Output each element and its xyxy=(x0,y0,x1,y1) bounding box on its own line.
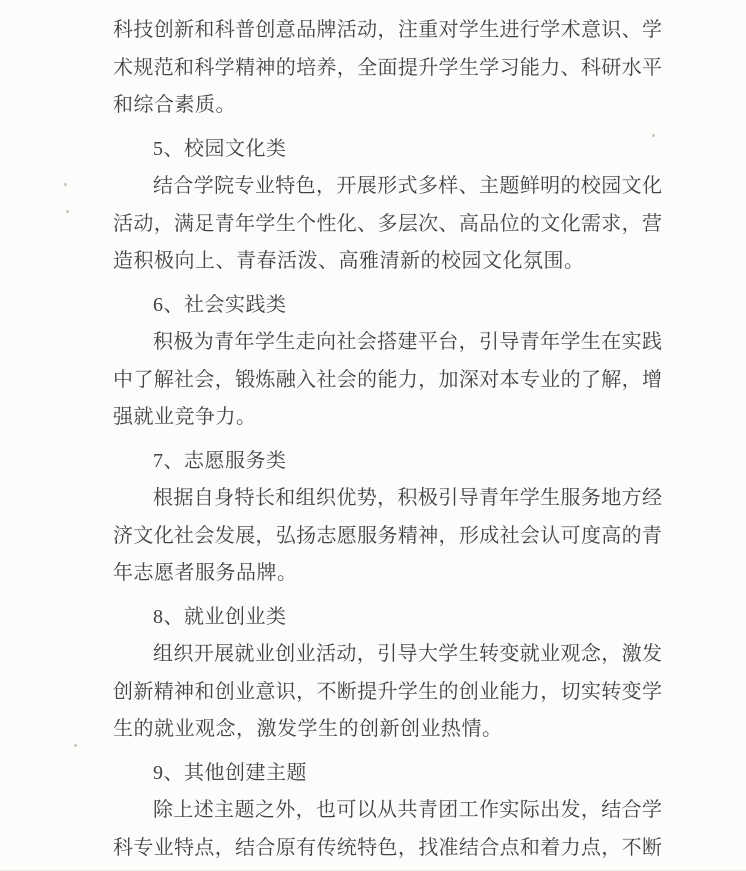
scan-artifact xyxy=(66,210,69,213)
section-heading: 8、就业创业类 xyxy=(113,599,662,637)
text-line: 生的就业观念，激发学生的创新创业热情。 xyxy=(113,711,662,749)
text-line: 科技创新和科普创意品牌活动，注重对学生进行学术意识、学 xyxy=(113,12,662,50)
text-line: 术规范和科学精神的培养，全面提升学生学习能力、科研水平 xyxy=(113,50,662,88)
text-line: 除上述主题之外，也可以从共青团工作实际出发，结合学 xyxy=(113,792,662,830)
text-line: 活动，满足青年学生个性化、多层次、高品位的文化需求，营 xyxy=(113,206,662,244)
text-line: 根据自身特长和组织优势，积极引导青年学生服务地方经 xyxy=(113,480,662,518)
section-heading: 9、其他创建主题 xyxy=(113,755,662,793)
text-line: 科专业特点，结合原有传统特色，找准结合点和着力点，不断 xyxy=(113,830,662,868)
section-heading: 5、校园文化类 xyxy=(113,131,662,169)
scan-artifact xyxy=(652,134,655,137)
text-line: 济文化社会发展，弘扬志愿服务精神，形成社会认可度高的青 xyxy=(113,518,662,556)
scan-artifact xyxy=(74,744,77,747)
document-text: 科技创新和科普创意品牌活动，注重对学生进行学术意识、学术规范和科学精神的培养，全… xyxy=(113,12,662,867)
text-line: 组织开展就业创业活动，引导大学生转变就业观念，激发 xyxy=(113,636,662,674)
section-heading: 7、志愿服务类 xyxy=(113,443,662,481)
scan-artifact xyxy=(64,183,67,186)
text-line: 积极为青年学生走向社会搭建平台，引导青年学生在实践 xyxy=(113,324,662,362)
text-line: 中了解社会，锻炼融入社会的能力，加深对本专业的了解，增 xyxy=(113,362,662,400)
scanned-document-page: 科技创新和科普创意品牌活动，注重对学生进行学术意识、学术规范和科学精神的培养，全… xyxy=(0,0,746,871)
section-heading: 6、社会实践类 xyxy=(113,287,662,325)
text-line: 创新精神和创业意识，不断提升学生的创业能力，切实转变学 xyxy=(113,674,662,712)
text-line: 强就业竞争力。 xyxy=(113,399,662,437)
text-line: 年志愿者服务品牌。 xyxy=(113,555,662,593)
text-line: 结合学院专业特色，开展形式多样、主题鲜明的校园文化 xyxy=(113,168,662,206)
text-line: 和综合素质。 xyxy=(113,87,662,125)
text-line: 造积极向上、青春活泼、高雅清新的校园文化氛围。 xyxy=(113,243,662,281)
